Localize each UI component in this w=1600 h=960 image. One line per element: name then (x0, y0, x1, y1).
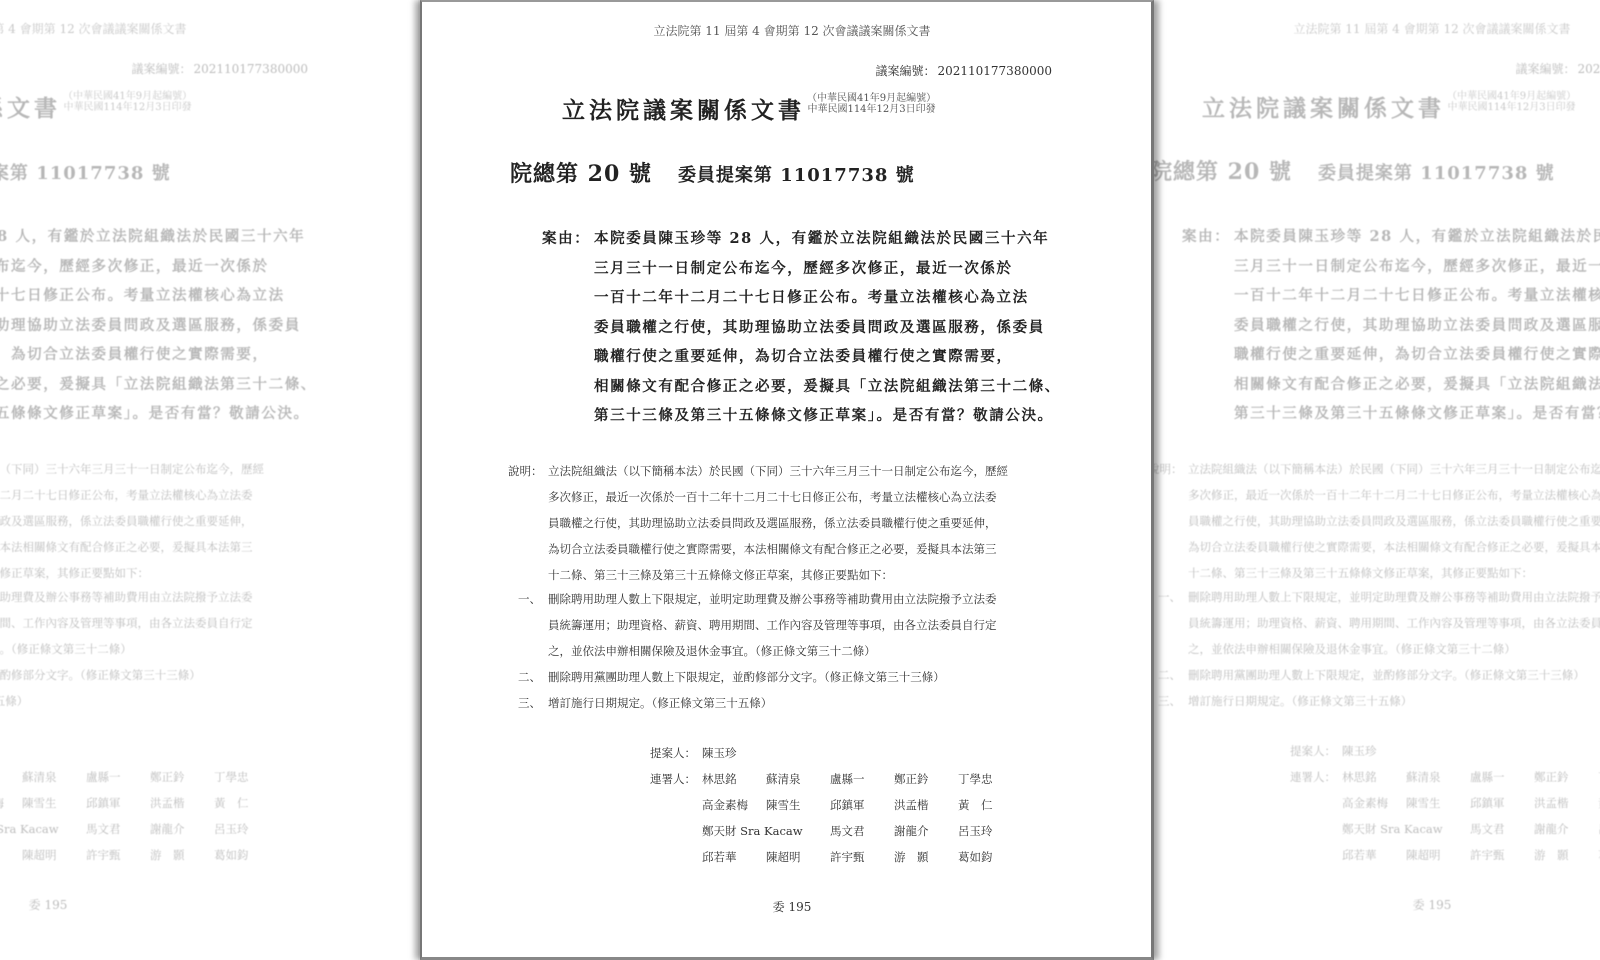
cosigner-name: 林思銘 (702, 766, 766, 792)
document-number: 院總第 20 號委員提案第 11017738 號 (510, 157, 915, 188)
reason-line: 一百十二年十二月二十七日修正公布。考量立法權核心為立法 (0, 281, 328, 311)
cosigner-name: 丁學忠 (958, 766, 1022, 792)
explanation-line: 員職權之行使，其助理協助立法委員問政及選區服務，係立法委員職權行使之重要延伸， (548, 510, 1068, 536)
point-line: 刪除聘用黨團助理人數上下限規定，並酌修部分文字。（修正條文第三十三條） (548, 664, 1078, 690)
cosigner-name: 鄭天財 Sra Kacaw (702, 818, 830, 844)
reason-label: 案由： (542, 224, 590, 254)
document-collage: 立法院第 11 屆第 4 會期第 12 次會議議案關係文書 議案編號：20211… (0, 0, 1600, 960)
sponsors-section: 提案人：陳玉珍 連署人： 林思銘蘇清泉盧縣一鄭正鈐丁學忠 高金素梅陳雪生邱鎮軍洪… (1290, 738, 1600, 868)
explanation-line: 為切合立法委員職權行使之實際需要，本法相關條文有配合修正之必要，爰擬具本法第三 (548, 536, 1068, 562)
cosigner-name: 葛如鈞 (958, 844, 1022, 870)
reason-section: 案由： 本院委員陳玉珍等 28 人，有鑑於立法院組織法於民國三十六年 三月三十一… (1182, 222, 1600, 429)
amendment-points: 一、刪除聘用助理人數上下限規定，並明定助理費及辦公事務等補助費用由立法院撥予立法… (0, 584, 334, 714)
cosigner-name: 許宇甄 (830, 844, 894, 870)
cosigner-row: 連署人： 林思銘 蘇清泉 盧縣一 鄭正鈐 丁學忠 高金素梅 陳雪生 邱鎮軍 洪孟… (650, 766, 1022, 870)
explanation-label: 說明： (508, 458, 543, 484)
document-subtitle: （中華民國41年9月起編號）中華民國114年12月3日印發 (63, 91, 192, 113)
explanation-line: 十二條、第三十三條及第三十五條條文修正草案，其修正要點如下： (548, 562, 1068, 588)
reason-line: 一百十二年十二月二十七日修正公布。考量立法權核心為立法 (594, 283, 1072, 313)
explanation-line: 多次修正，最近一次係於一百十二年十二月二十七日修正公布，考量立法權核心為立法委 (0, 482, 324, 508)
cosigner-name: 鄭正鈐 (894, 766, 958, 792)
bill-number-value: 202110177380000 (1577, 62, 1600, 76)
amendment-points: 一、刪除聘用助理人數上下限規定，並明定助理費及辦公事務等補助費用由立法院撥予立法… (1158, 584, 1600, 714)
point-line: 增訂施行日期規定。（修正條文第三十五條） (548, 690, 1078, 716)
page-content: 立法院第 11 屆第 4 會期第 12 次會議議案關係文書 議案編號：20211… (0, 0, 418, 960)
reason-line: 三月三十一日制定公布迄今，歷經多次修正，最近一次係於 (0, 252, 328, 282)
session-header: 立法院第 11 屆第 4 會期第 12 次會議議案關係文書 (0, 20, 418, 37)
bill-number-label: 議案編號： (131, 62, 191, 76)
main-document-page: 立法院第 11 屆第 4 會期第 12 次會議議案關係文書 議案編號：20211… (420, 0, 1154, 960)
document-title: 立法院議案關係文書 (1202, 90, 1445, 123)
page-number: 委 195 (422, 898, 1162, 915)
reason-line: 第三十三條及第三十五條條文修正草案」。是否有當？敬請公決。 (594, 401, 1072, 431)
general-number: 院總第 20 號 (510, 161, 652, 187)
amendment-point-2: 二、 刪除聘用黨團助理人數上下限規定，並酌修部分文字。（修正條文第三十三條） (518, 664, 1078, 690)
document-title: 立法院議案關係文書 (0, 90, 61, 123)
proposer-name: 陳玉珍 (702, 740, 737, 766)
explanation-line: 十二條、第三十三條及第三十五條條文修正草案，其修正要點如下： (0, 560, 324, 586)
reason-line: 第三十三條及第三十五條條文修正草案」。是否有當？敬請公決。 (0, 399, 328, 429)
cosigner-name: 盧縣一 (830, 766, 894, 792)
bill-number: 議案編號：202110177380000 (1515, 60, 1600, 77)
reason-section: 案由： 本院委員陳玉珍等 28 人，有鑑於立法院組織法於民國三十六年 三月三十一… (542, 224, 1072, 431)
reason-line: 相關條文有配合修正之必要，爰擬具「立法院組織法第三十二條、 (0, 370, 328, 400)
reason-section: 案由： 本院委員陳玉珍等 28 人，有鑑於立法院組織法於民國三十六年 三月三十一… (0, 222, 328, 429)
proposer-label: 提案人： (650, 740, 702, 766)
explanation-line: 立法院組織法（以下簡稱本法）於民國（下同）三十六年三月三十一日制定公布迄今，歷經 (0, 456, 324, 482)
cosigner-name: 高金素梅 (702, 792, 766, 818)
cosigner-name: 馬文君 (830, 818, 894, 844)
proposer-row: 提案人： 陳玉珍 (650, 740, 1022, 766)
cosigner-name: 呂玉玲 (958, 818, 1022, 844)
explanation-line: 立法院組織法（以下簡稱本法）於民國（下同）三十六年三月三十一日制定公布迄今，歷經 (548, 458, 1068, 484)
page-content: 立法院第 11 屆第 4 會期第 12 次會議議案關係文書 議案編號：20211… (422, 2, 1162, 960)
sponsors-section: 提案人：陳玉珍 連署人： 林思銘蘇清泉盧縣一鄭正鈐丁學忠 高金素梅陳雪生邱鎮軍洪… (0, 738, 278, 868)
point-line: 刪除聘用助理人數上下限規定，並明定助理費及辦公事務等補助費用由立法院撥予立法委 (548, 586, 1078, 612)
bill-number: 議案編號：202110177380000 (131, 60, 308, 77)
subtitle-line-2: 中華民國114年12月3日印發 (807, 104, 936, 115)
point-number: 一、 (518, 586, 541, 612)
cosigner-name: 陳超明 (766, 844, 830, 870)
cosigner-label: 連署人： (650, 766, 702, 870)
cosigner-name: 洪孟楷 (894, 792, 958, 818)
page-number: 委 195 (0, 896, 418, 913)
subtitle-line-1: （中華民國41年9月起編號） (807, 93, 936, 104)
right-faded-page-copy: 立法院第 11 屆第 4 會期第 12 次會議議案關係文書 議案編號：20211… (1152, 0, 1600, 960)
amendment-point: 一、刪除聘用助理人數上下限規定，並明定助理費及辦公事務等補助費用由立法院撥予立法… (0, 584, 334, 662)
point-number: 二、 (518, 664, 541, 690)
explanation-section: 說明： 立法院組織法（以下簡稱本法）於民國（下同）三十六年三月三十一日制定公布迄… (508, 458, 1068, 588)
explanation-section: 說明： 立法院組織法（以下簡稱本法）於民國（下同）三十六年三月三十一日制定公布迄… (1148, 456, 1600, 586)
session-header: 立法院第 11 屆第 4 會期第 12 次會議議案關係文書 (422, 22, 1162, 39)
amendment-point-1: 一、 刪除聘用助理人數上下限規定，並明定助理費及辦公事務等補助費用由立法院撥予立… (518, 586, 1078, 664)
proposal-number: 委員提案第 11017738 號 (678, 165, 915, 186)
cosigner-name: 邱若華 (702, 844, 766, 870)
reason-line: 職權行使之重要延伸，為切合立法委員權行使之實際需要， (0, 340, 328, 370)
explanation-line: 為切合立法委員職權行使之實際需要，本法相關條文有配合修正之必要，爰擬具本法第三 (0, 534, 324, 560)
reason-line: 三月三十一日制定公布迄今，歷經多次修正，最近一次係於 (594, 254, 1072, 284)
document-number: 院總第 20 號委員提案第 11017738 號 (0, 155, 171, 186)
amendment-point: 二、刪除聘用黨團助理人數上下限規定，並酌修部分文字。（修正條文第三十三條） (0, 662, 334, 688)
cosigner-grid: 林思銘蘇清泉盧縣一鄭正鈐丁學忠 高金素梅陳雪生邱鎮軍洪孟楷黃 仁 鄭天財 Sra… (0, 764, 278, 868)
cosigner-name: 游 顥 (894, 844, 958, 870)
reason-line: 相關條文有配合修正之必要，爰擬具「立法院組織法第三十二條、 (594, 372, 1072, 402)
sponsors-section: 提案人： 陳玉珍 連署人： 林思銘 蘇清泉 盧縣一 鄭正鈐 丁學忠 高金素梅 陳… (650, 740, 1022, 870)
document-subtitle: （中華民國41年9月起編號）中華民國114年12月3日印發 (1447, 91, 1576, 113)
bill-number-value: 202110177380000 (193, 62, 308, 76)
amendment-point: 三、增訂施行日期規定。（修正條文第三十五條） (0, 688, 334, 714)
cosigner-name: 謝龍介 (894, 818, 958, 844)
reason-line: 本院委員陳玉珍等 28 人，有鑑於立法院組織法於民國三十六年 (0, 222, 328, 252)
point-line: 之，並依法申辦相關保險及退休金事宜。（修正條文第三十二條） (548, 638, 1078, 664)
subtitle-line-2: 中華民國114年12月3日印發 (63, 102, 192, 113)
bill-number-label: 議案編號： (1515, 62, 1575, 76)
reason-line: 職權行使之重要延伸，為切合立法委員權行使之實際需要， (594, 342, 1072, 372)
cosigner-name: 黃 仁 (958, 792, 1022, 818)
bill-number-label: 議案編號： (875, 64, 935, 78)
cosigner-name: 邱鎮軍 (830, 792, 894, 818)
document-number: 院總第 20 號委員提案第 11017738 號 (1150, 155, 1555, 186)
reason-line: 委員職權之行使，其助理協助立法委員問政及選區服務，係委員 (0, 311, 328, 341)
point-line: 員統籌運用；助理資格、薪資、聘用期間、工作內容及管理等事項，由各立法委員自行定 (548, 612, 1078, 638)
reason-line: 委員職權之行使，其助理協助立法委員問政及選區服務，係委員 (594, 313, 1072, 343)
explanation-line: 員職權之行使，其助理協助立法委員問政及選區服務，係立法委員職權行使之重要延伸， (0, 508, 324, 534)
reason-line: 本院委員陳玉珍等 28 人，有鑑於立法院組織法於民國三十六年 (594, 224, 1072, 254)
amendment-points: 一、 刪除聘用助理人數上下限規定，並明定助理費及辦公事務等補助費用由立法院撥予立… (518, 586, 1078, 716)
explanation-section: 說明： 立法院組織法（以下簡稱本法）於民國（下同）三十六年三月三十一日制定公布迄… (0, 456, 324, 586)
cosigner-name: 陳雪生 (766, 792, 830, 818)
point-number: 三、 (518, 690, 541, 716)
document-title: 立法院議案關係文書 (562, 92, 805, 125)
explanation-line: 多次修正，最近一次係於一百十二年十二月二十七日修正公布，考量立法權核心為立法委 (548, 484, 1068, 510)
bill-number: 議案編號：202110177380000 (875, 62, 1052, 79)
cosigner-grid: 林思銘 蘇清泉 盧縣一 鄭正鈐 丁學忠 高金素梅 陳雪生 邱鎮軍 洪孟楷 黃 仁… (702, 766, 1022, 870)
cosigner-name: 蘇清泉 (766, 766, 830, 792)
proposal-number: 委員提案第 11017738 號 (0, 163, 171, 184)
amendment-point-3: 三、 增訂施行日期規定。（修正條文第三十五條） (518, 690, 1078, 716)
left-faded-page-copy: 立法院第 11 屆第 4 會期第 12 次會議議案關係文書 議案編號：20211… (0, 0, 418, 960)
document-subtitle: （中華民國41年9月起編號）中華民國114年12月3日印發 (807, 93, 936, 115)
bill-number-value: 202110177380000 (937, 64, 1052, 78)
subtitle-line-1: （中華民國41年9月起編號） (63, 91, 192, 102)
